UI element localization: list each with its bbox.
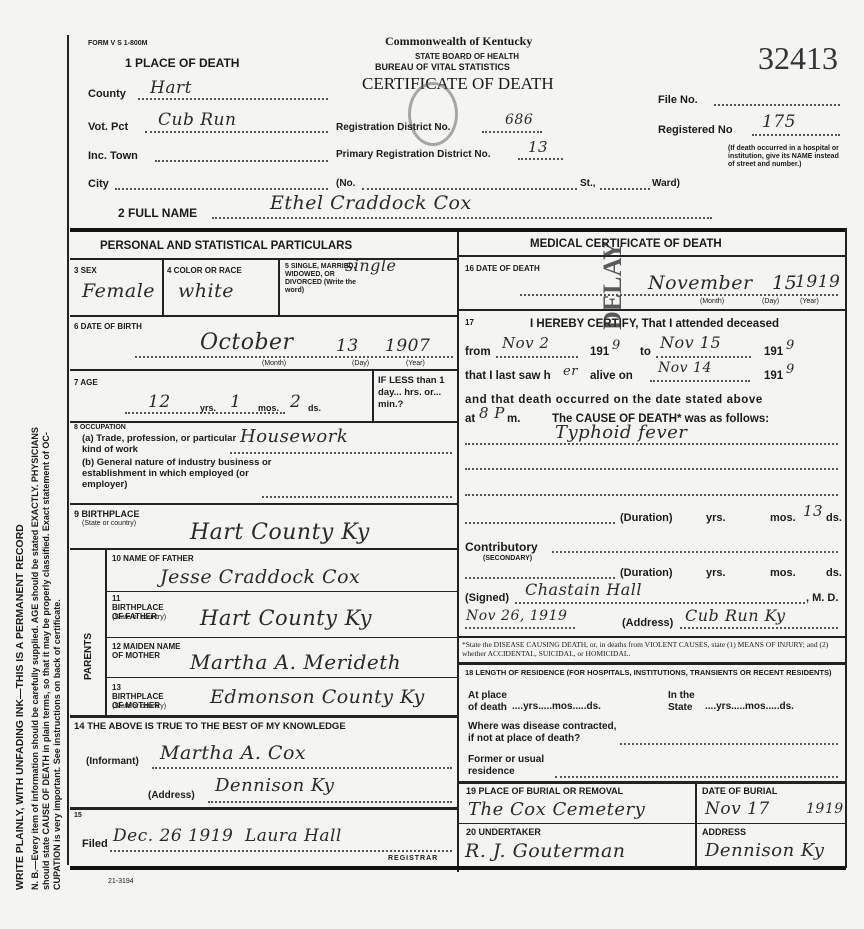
full-name-label: 2 FULL NAME <box>118 206 197 220</box>
ds-caption: ds. <box>308 404 321 413</box>
informant-line <box>152 767 452 769</box>
less-than-day-label: IF LESS than 1 day... hrs. or... min.? <box>378 375 454 411</box>
alive-on-date: Nov 14 <box>658 360 712 376</box>
contrib-mos-caption: mos. <box>770 567 796 579</box>
center-divider <box>457 232 459 872</box>
stamp-mark <box>408 82 458 146</box>
full-name-line <box>212 217 712 219</box>
contrib-ds-caption: ds. <box>826 567 842 579</box>
occupation-b-label: (b) General nature of industry business … <box>82 457 282 490</box>
time-of-death: 8 P <box>479 404 505 422</box>
informant-address-line <box>208 801 452 803</box>
duration-mos-caption: mos. <box>770 512 796 524</box>
burial-place: The Cox Cemetery <box>468 799 645 820</box>
contributory-label: Contributory <box>465 540 538 554</box>
month-caption: (Month) <box>262 360 286 368</box>
divider <box>70 315 457 317</box>
mother-birthplace-sublabel: (State or country) <box>112 703 166 711</box>
father-birthplace-value: Hart County Ky <box>200 606 372 630</box>
reg-district-line <box>482 131 542 133</box>
vot-pct-value: Cub Run <box>158 110 236 130</box>
divider <box>70 807 457 810</box>
last-saw-label: that I last saw h <box>465 370 551 382</box>
divider <box>105 637 457 638</box>
alive-year: 9 <box>786 362 795 377</box>
sex-label: 3 SEX <box>74 266 97 275</box>
file-no-line <box>714 104 840 106</box>
county-label: County <box>88 88 126 100</box>
occupation-a-line <box>230 452 452 454</box>
undertaker-address: Dennison Ky <box>705 840 824 861</box>
undertaker-address-label: ADDRESS <box>702 828 746 837</box>
duration-label: (Duration) <box>620 512 673 524</box>
cause-footnote: *State the DISEASE CAUSING DEATH, or, in… <box>462 640 844 658</box>
contributory-line <box>552 551 838 553</box>
physician-address-line <box>680 627 838 629</box>
at-label: at <box>465 413 475 425</box>
mother-name-label: 12 MAIDEN NAME OF MOTHER <box>112 642 192 660</box>
at-place-label: At place of death <box>468 690 508 714</box>
death-day-caption: (Day) <box>762 298 779 306</box>
dob-label: 6 DATE OF BIRTH <box>74 322 142 331</box>
death-year: 1919 <box>795 272 840 292</box>
informant-address-value: Dennison Ky <box>215 775 334 796</box>
burial-date-label: DATE OF BURIAL <box>702 787 777 796</box>
filed-label: Filed <box>82 840 108 849</box>
state-name: Commonwealth of Kentucky <box>385 34 532 49</box>
to-year: 9 <box>786 338 795 353</box>
file-no-label: File No. <box>658 94 698 106</box>
to-label: to <box>640 346 651 358</box>
form-right-border <box>845 228 847 868</box>
from-date: Nov 2 <box>502 334 549 352</box>
age-label: 7 AGE <box>74 378 98 387</box>
permanent-record-note: WRITE PLAINLY, WITH UNFADING INK—THIS IS… <box>14 524 26 890</box>
signed-label: (Signed) <box>465 592 509 604</box>
certificate-number: 32413 <box>758 40 838 77</box>
divider <box>457 636 845 638</box>
divider <box>695 784 697 866</box>
death-year-caption: (Year) <box>800 298 819 306</box>
age-months: 1 <box>230 392 241 412</box>
place-of-death-heading: 1 PLACE OF DEATH <box>125 56 239 70</box>
from-label: from <box>465 346 491 358</box>
cause-line-1 <box>465 443 838 445</box>
mos-caption: mos. <box>258 404 279 413</box>
birthplace-label: 9 BIRTHPLACE <box>74 510 140 519</box>
divider <box>70 421 457 423</box>
divider <box>105 677 457 678</box>
race-value: white <box>178 280 234 302</box>
father-name-label: 10 NAME OF FATHER <box>112 554 194 563</box>
last-saw-pronoun: er <box>563 364 578 379</box>
in-state-units: ....yrs.....mos.....ds. <box>705 702 794 711</box>
divider <box>457 781 845 784</box>
primary-reg-line <box>518 158 563 160</box>
print-code: 21-3194 <box>108 878 134 886</box>
from-year-prefix: 191 <box>590 346 609 358</box>
inc-town-label: Inc. Town <box>88 150 138 162</box>
age-years: 12 <box>148 392 171 412</box>
duration-yrs-caption: yrs. <box>706 512 726 524</box>
personal-heading: PERSONAL AND STATISTICAL PARTICULARS <box>100 240 352 252</box>
informant-label: (Informant) <box>86 757 139 766</box>
street-no-label: (No. <box>336 178 355 189</box>
signed-line <box>515 602 805 604</box>
instruction-line-3: CUPATION is very important. See instruct… <box>52 599 62 890</box>
divider <box>457 823 845 824</box>
contracted-label: Where was disease contracted, if not at … <box>468 721 618 745</box>
occurred-text: and that death occurred on the date stat… <box>465 394 763 406</box>
full-name-value: Ethel Craddock Cox <box>270 192 472 214</box>
occupation-label: 8 OCCUPATION <box>74 424 126 432</box>
form-bottom-border <box>70 866 846 870</box>
county-value: Hart <box>150 78 192 98</box>
to-line <box>656 356 751 358</box>
divider <box>372 369 374 422</box>
date-of-death-label: 16 DATE OF DEATH <box>465 264 540 273</box>
county-line <box>138 98 328 100</box>
contrib-yrs-caption: yrs. <box>706 567 726 579</box>
city-line <box>115 188 328 190</box>
residence-label: 18 LENGTH OF RESIDENCE (FOR HOSPITALS, I… <box>465 668 841 677</box>
physician-name: Chastain Hall <box>525 580 642 599</box>
informant-value: Martha A. Cox <box>160 742 306 764</box>
yrs-caption: yrs. <box>200 404 216 413</box>
alive-on-label: alive on <box>590 370 633 382</box>
death-month: November <box>648 272 753 294</box>
father-birthplace-sublabel: (State or country) <box>112 614 166 622</box>
certificate-title: CERTIFICATE OF DEATH <box>362 74 554 94</box>
secondary-label: (SECONDARY) <box>483 555 532 563</box>
birthplace-value: Hart County Ky <box>190 520 370 545</box>
year-caption: (Year) <box>406 360 425 368</box>
registrar-name: Laura Hall <box>245 826 342 846</box>
marital-value: single <box>345 256 396 275</box>
knowledge-statement: 14 THE ABOVE IS TRUE TO THE BEST OF MY K… <box>74 722 346 731</box>
physician-address-label: (Address) <box>622 617 673 629</box>
form-number: FORM V S 1-800M <box>88 40 148 48</box>
signed-date: Nov 26, 1919 <box>466 608 567 624</box>
divider <box>70 258 457 260</box>
divider <box>70 548 457 550</box>
ward-line <box>600 188 650 190</box>
bureau-name: BUREAU OF VITAL STATISTICS <box>375 63 510 72</box>
occupation-a-label: (a) Trade, profession, or particular kin… <box>82 433 242 455</box>
from-line <box>496 356 578 358</box>
hospital-note: (If death occurred in a hospital or inst… <box>728 145 844 169</box>
filed-line <box>110 850 452 852</box>
mother-birthplace-value: Edmonson County Ky <box>210 686 425 708</box>
dob-day: 13 <box>336 336 359 356</box>
divider <box>70 715 457 718</box>
divider <box>105 548 107 715</box>
contrib-duration-label: (Duration) <box>620 567 673 579</box>
md-label: , M. D. <box>806 592 838 604</box>
at-place-units: ....yrs.....mos.....ds. <box>512 702 601 711</box>
street-no-line <box>362 188 577 190</box>
time-suffix: m. <box>507 413 520 425</box>
city-label: City <box>88 178 109 190</box>
inc-town-line <box>155 160 328 162</box>
informant-address-label: (Address) <box>148 791 195 800</box>
board-name: STATE BOARD OF HEALTH <box>415 52 519 61</box>
vot-pct-label: Vot. Pct <box>88 121 128 133</box>
occupation-b-line <box>262 496 452 498</box>
delay-stamp: DELAY <box>598 241 628 330</box>
side-instructions: WRITE PLAINLY, WITH UNFADING INK—THIS IS… <box>0 150 70 890</box>
from-year: 9 <box>612 338 621 353</box>
divider <box>105 591 457 592</box>
duration-ds-caption: ds. <box>826 512 842 524</box>
dob-line <box>135 356 453 358</box>
day-caption: (Day) <box>352 360 369 368</box>
age-days: 2 <box>290 392 301 412</box>
signed-date-line <box>465 627 575 629</box>
registered-no-label: Registered No <box>658 124 733 136</box>
vot-pct-line <box>145 131 328 133</box>
father-name-value: Jesse Craddock Cox <box>160 566 360 588</box>
former-residence-label: Former or usual residence <box>468 754 568 778</box>
cause-line-3 <box>465 494 838 496</box>
reg-district-label: Registration District No. <box>336 122 450 133</box>
alive-year-prefix: 191 <box>764 370 783 382</box>
reg-district-value: 686 <box>505 112 533 128</box>
filed-number: 15 <box>74 812 82 820</box>
burial-year: 1919 <box>806 801 844 817</box>
divider <box>457 255 845 257</box>
mother-name-value: Martha A. Merideth <box>190 650 401 674</box>
undertaker-label: 20 UNDERTAKER <box>466 828 541 837</box>
cause-duration-days: 13 <box>803 502 823 520</box>
former-residence-line <box>555 776 838 778</box>
registrar-label: REGISTRAR <box>388 855 438 863</box>
date-of-death-line <box>520 294 838 296</box>
sex-value: Female <box>82 280 155 302</box>
street-label: St., <box>580 178 596 189</box>
divider <box>70 503 457 505</box>
divider <box>457 662 845 665</box>
registered-no-line <box>752 134 840 136</box>
to-year-prefix: 191 <box>764 346 783 358</box>
to-date: Nov 15 <box>660 333 721 352</box>
filed-date: Dec. 26 1919 <box>113 826 233 846</box>
primary-reg-label: Primary Registration District No. <box>336 149 490 160</box>
cause-of-death: Typhoid fever <box>555 422 687 443</box>
certify-number: 17 <box>465 318 474 327</box>
duration-line <box>465 522 615 524</box>
cause-line-2 <box>465 468 838 470</box>
form-left-border <box>67 35 69 865</box>
in-state-label: In the State <box>668 690 704 714</box>
burial-label: 19 PLACE OF BURIAL OR REMOVAL <box>466 787 623 796</box>
instruction-line-1: N. B.—Every item of information should b… <box>30 427 40 890</box>
race-label: 4 COLOR OR RACE <box>167 266 242 275</box>
contrib-duration-line <box>465 577 615 579</box>
birthplace-sublabel: (State or country) <box>82 520 136 528</box>
contracted-line <box>620 743 838 745</box>
ward-label: Ward) <box>652 178 680 189</box>
instruction-line-2: should state CAUSE OF DEATH in plain ter… <box>41 432 51 890</box>
divider <box>70 369 457 371</box>
certify-text: I HEREBY CERTIFY, That I attended deceas… <box>530 318 779 330</box>
parents-label: PARENTS <box>84 633 93 680</box>
dob-year: 1907 <box>385 336 430 356</box>
undertaker-name: R. J. Gouterman <box>465 840 626 862</box>
alive-on-line <box>650 380 750 382</box>
dob-month: October <box>200 330 294 355</box>
primary-reg-value: 13 <box>528 138 548 156</box>
burial-date: Nov 17 <box>705 799 770 819</box>
death-day: 15 <box>772 272 797 294</box>
occupation-a-value: Housework <box>240 426 348 447</box>
divider <box>278 258 280 316</box>
death-month-caption: (Month) <box>700 298 724 306</box>
registered-no-value: 175 <box>762 112 796 132</box>
divider <box>162 258 164 316</box>
divider <box>457 309 845 311</box>
physician-address: Cub Run Ky <box>685 606 786 625</box>
